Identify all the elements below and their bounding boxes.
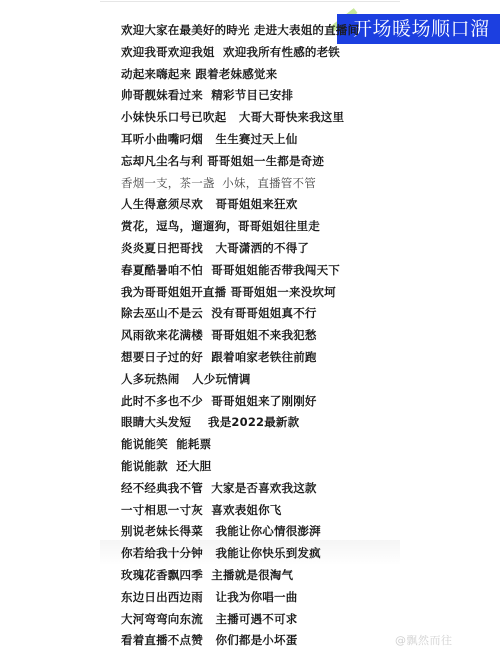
rhyme-line: 欢迎我哥欢迎我姐 欢迎我所有性感的老铁 <box>121 42 359 64</box>
rhyme-line: 看着直播不点赞 你们都是小坏蛋 <box>121 630 359 652</box>
rhyme-line: 春夏酷暑咱不怕 哥哥姐姐能否带我闯天下 <box>121 260 359 282</box>
rhyme-line: 眼睛大头发短 我是2022最新款 <box>121 412 359 434</box>
rhyme-line: 人生得意须尽欢 哥哥姐姐来狂欢 <box>121 194 359 216</box>
title-text: 开场暖场顺口溜 <box>353 18 490 40</box>
rhyme-line: 想要日子过的好 跟着咱家老铁往前跑 <box>121 347 359 369</box>
rhyme-line: 你若给我十分钟 我能让你快乐到发疯 <box>121 543 359 565</box>
rhyme-line: 经不经典我不管 大家是否喜欢我这款 <box>121 478 359 500</box>
rhyme-line: 别说老妹长得菜 我能让你心情很澎湃 <box>121 521 359 543</box>
rhyme-line: 大河弯弯向东流 主播可遇不可求 <box>121 609 359 631</box>
rhyme-line: 此时不多也不少 哥哥姐姐来了刚刚好 <box>121 391 359 413</box>
rhyme-line: 能说能笑 能耗票 <box>121 434 359 456</box>
rhyme-line: 忘却凡尘名与利 哥哥姐姐一生都是奇迹 <box>121 151 359 173</box>
rhyme-line: 风雨欲来花满楼 哥哥姐姐不来我犯愁 <box>121 325 359 347</box>
rhyme-line: 帅哥靓妹看过来 精彩节目已安排 <box>121 85 359 107</box>
rhyme-line: 动起来嗨起来 跟着老妹感觉来 <box>121 64 359 86</box>
rhyme-line: 除去巫山不是云 没有哥哥姐姐真不行 <box>121 303 359 325</box>
rhyme-line: 玫瑰花香飘四季 主播就是很淘气 <box>121 565 359 587</box>
rhyme-line: 香烟一支，茶一盏 小妹，直播管不管 <box>121 173 359 195</box>
rhyme-list: 欢迎大家在最美好的時光 走进大表姐的直播间 欢迎我哥欢迎我姐 欢迎我所有性感的老… <box>121 20 359 652</box>
rhyme-line: 能说能款 还大胆 <box>121 456 359 478</box>
rhyme-line: 人多玩热闹 人少玩情调 <box>121 369 359 391</box>
watermark: @飘然而往 <box>395 632 453 648</box>
title-banner: 开场暖场顺口溜 <box>337 14 500 44</box>
rhyme-line: 小妹快乐口号已吹起 大哥大哥快来我这里 <box>121 107 359 129</box>
rhyme-line: 东边日出西边雨 让我为你唱一曲 <box>121 587 359 609</box>
top-divider <box>100 1 400 2</box>
rhyme-line: 炎炎夏日把哥找 大哥潇洒的不得了 <box>121 238 359 260</box>
rhyme-line: 耳听小曲嘴叼烟 生生赛过天上仙 <box>121 129 359 151</box>
rhyme-line: 赏花，逗鸟，遛遛狗，哥哥姐姐往里走 <box>121 216 359 238</box>
rhyme-line: 欢迎大家在最美好的時光 走进大表姐的直播间 <box>121 20 359 42</box>
rhyme-line: 我为哥哥姐姐开直播 哥哥姐姐一来没坎坷 <box>121 282 359 304</box>
rhyme-line: 一寸相思一寸灰 喜欢表姐你飞 <box>121 500 359 522</box>
